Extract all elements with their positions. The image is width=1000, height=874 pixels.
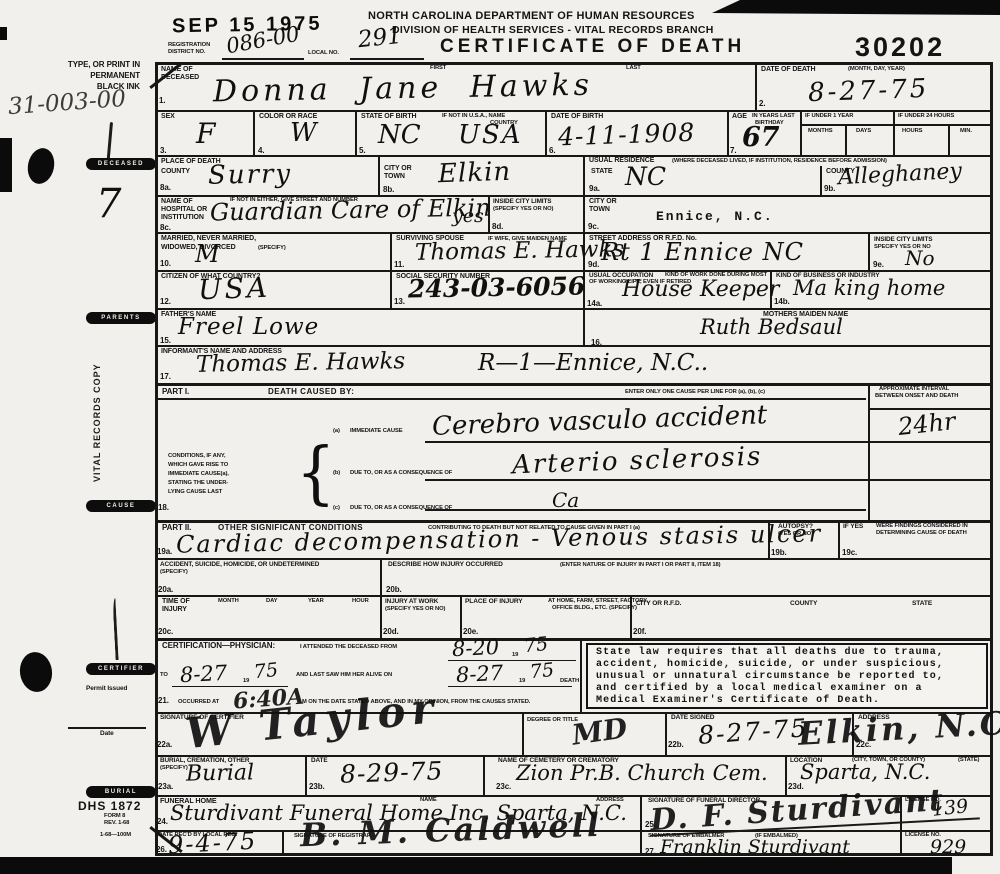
- grid-line: [893, 110, 895, 155]
- field-num-19a: 19a.: [157, 547, 172, 556]
- certification-title: CERTIFICATION—PHYSICIAN:: [162, 641, 275, 650]
- field-num-3: 3.: [160, 146, 166, 155]
- department-line1: NORTH CAROLINA DEPARTMENT OF HUMAN RESOU…: [368, 10, 695, 23]
- date-signed-value: 8-27-75: [697, 715, 809, 748]
- part1-caused-by-label: DEATH CAUSED BY:: [268, 387, 354, 396]
- time-of-injury-label2: INJURY: [162, 606, 187, 614]
- burial-sub: (SPECIFY): [160, 765, 188, 772]
- injury-at-work-label: INJURY AT WORK: [385, 598, 438, 605]
- field-num-20c: 20c.: [158, 627, 173, 636]
- conditions-line5: LYING CAUSE LAST: [168, 489, 222, 496]
- inside-city-limits-8d-value: yes: [452, 207, 484, 226]
- field-num-8c: 8c.: [160, 223, 171, 232]
- state-law-line5: Medical Examiner's Certificate of Death.: [596, 696, 880, 706]
- fathers-name-value: Freel Lowe: [178, 316, 319, 339]
- date-line: [68, 727, 146, 729]
- conditions-line1: CONDITIONS, IF ANY,: [168, 453, 225, 460]
- date-of-death-label: DATE OF DEATH: [761, 66, 815, 74]
- local-no-value: 291: [357, 25, 403, 52]
- grid-line: [155, 595, 993, 597]
- field-num-11: 11.: [394, 260, 404, 269]
- permit-issued-label: Permit Issued: [86, 685, 127, 692]
- injury-desc-sub: (ENTER NATURE OF INJURY IN PART I OR PAR…: [560, 562, 720, 569]
- state-law-line2: accident, homicide, suicide, or under su…: [596, 660, 944, 670]
- date-of-birth-value: 4-11-1908: [558, 120, 696, 150]
- grid-line: [305, 755, 307, 795]
- institution-value: Guardian Care of Elkin: [210, 196, 491, 225]
- inside-city-limits-8d-label: INSIDE CITY LIMITS: [493, 198, 551, 205]
- autopsy-label: AUTOPSY?: [778, 523, 813, 531]
- cert-death-label: DEATH: [560, 678, 579, 685]
- grid-line: [155, 638, 993, 641]
- field-num-15: 15.: [160, 336, 171, 345]
- name-of-deceased-label: NAME OF: [161, 66, 193, 74]
- field-num-22a: 22a.: [157, 740, 172, 749]
- grid-line: [378, 155, 380, 195]
- marital-value: M: [195, 242, 220, 266]
- inside-city-limits-9e-value: No: [905, 248, 935, 268]
- grid-line: [522, 712, 524, 755]
- burial-date-value: 8-29-75: [340, 758, 444, 787]
- residence-county-value: Alleghaney: [838, 161, 963, 189]
- age-label: AGE: [732, 113, 747, 121]
- scan-mark-left-square: [0, 27, 7, 40]
- accident-label: ACCIDENT, SUICIDE, HOMICIDE, OR UNDETERM…: [160, 561, 319, 568]
- time-of-injury-label: TIME OF: [162, 598, 190, 606]
- grid-line: [460, 595, 462, 638]
- cert-to-year: 75: [253, 661, 279, 682]
- year-label: YEAR: [308, 598, 324, 605]
- interval-label2: BETWEEN ONSET AND DEATH: [875, 393, 958, 400]
- informant-name-value: Thomas E. Hawks: [196, 350, 406, 377]
- field-num-22b: 22b.: [668, 740, 684, 749]
- field-num-8d: 8d.: [492, 222, 503, 231]
- institution-label2: HOSPITAL OR: [161, 206, 207, 214]
- handwritten-seven: 7: [96, 184, 121, 224]
- autopsy-sub: (YES OR NO): [778, 531, 813, 538]
- cert-alive-year: 75: [529, 661, 555, 682]
- grid-line: [545, 110, 547, 155]
- grid-line: [282, 830, 284, 856]
- certification-attended: I ATTENDED THE DECEASED FROM: [300, 644, 397, 651]
- grid-line: [800, 124, 992, 126]
- grid-line: [253, 110, 255, 155]
- state-of-birth-value: NC: [378, 122, 421, 148]
- grid-line: [868, 383, 870, 520]
- cemetery-value: Zion Pr.B. Church Cem.: [516, 763, 768, 784]
- grid-line: [155, 345, 993, 347]
- certificate-number: 30202: [855, 32, 945, 63]
- death-certificate-scan: SEP 15 1975 NORTH CAROLINA DEPARTMENT OF…: [0, 0, 1000, 874]
- field-num-8b: 8b.: [383, 185, 394, 194]
- grid-line: [380, 558, 382, 638]
- industry-value: Ma king home: [793, 278, 945, 299]
- date-label-margin: Date: [100, 730, 114, 737]
- city-or-town-label2: TOWN: [384, 173, 405, 181]
- hole-punch-bottom: [17, 650, 54, 694]
- injury-state-label: STATE: [912, 600, 932, 608]
- ink-instruction-line2: PERMANENT: [40, 71, 140, 80]
- form-sub3: 1-68—100M: [100, 832, 131, 839]
- findings-label: IF YES: [843, 523, 863, 531]
- conditions-line4: STATING THE UNDER-: [168, 480, 228, 487]
- hole-punch-top: [25, 146, 58, 187]
- grid-line: [665, 712, 667, 755]
- field-num-4: 4.: [258, 146, 264, 155]
- state-law-line3: unusual or unnatural circumstance be rep…: [596, 672, 944, 682]
- citizen-value: USA: [198, 274, 271, 304]
- field-num-8a: 8a.: [160, 183, 171, 192]
- cert-to-yr: 19: [243, 678, 249, 685]
- field-num-1: 1.: [159, 96, 165, 105]
- field-num-14b: 14b.: [774, 297, 790, 306]
- form-border-left: [155, 62, 158, 856]
- cert-to-label: TO: [160, 672, 168, 679]
- cert-alive-value: 8-27: [455, 663, 503, 686]
- field-num-9c: 9c.: [588, 222, 599, 231]
- grid-line: [838, 520, 840, 558]
- name-of-deceased-label2: DECEASED: [161, 74, 199, 82]
- date-received-value: 9-4-75: [167, 829, 257, 858]
- scan-mark-top-right: [712, 0, 1000, 18]
- injury-desc-label: DESCRIBE HOW INJURY OCCURRED: [388, 561, 503, 569]
- certificate-title: CERTIFICATE OF DEATH: [440, 36, 745, 58]
- state-of-birth-value2: USA: [458, 122, 523, 148]
- conditions-line2: WHICH GAVE RISE TO: [168, 462, 228, 469]
- findings-sub2: DETERMINING CAUSE OF DEATH: [876, 530, 967, 537]
- grid-line: [355, 110, 357, 155]
- month-label: MONTH: [218, 598, 239, 605]
- race-value: W: [290, 120, 317, 146]
- state-law-line4: and certified by a local medical examine…: [596, 684, 923, 694]
- cause-b-label: (b): [333, 470, 340, 477]
- ink-instruction-line1: TYPE, OR PRINT IN: [40, 60, 140, 69]
- field-num-24: 24.: [157, 817, 168, 826]
- field-num-6: 6.: [549, 146, 555, 155]
- hours-label: HOURS: [902, 128, 922, 135]
- mothers-maiden-name-value: Ruth Bedsaul: [700, 317, 843, 338]
- margin-tab-deceased: DECEASED: [86, 158, 156, 170]
- local-no-underline: [350, 58, 424, 60]
- institution-label3: INSTITUTION: [161, 214, 204, 222]
- residence-city-label: CITY OR: [589, 198, 617, 206]
- place-of-injury-sub2: OFFICE BLDG., ETC. (SPECIFY): [552, 605, 637, 612]
- sex-value: F: [196, 120, 215, 148]
- registration-district-label2: DISTRICT NO.: [168, 49, 205, 56]
- cert-last-saw: AND LAST SAW HIM HER ALIVE ON: [296, 672, 392, 679]
- certifier-signature: W Taylor: [184, 687, 442, 755]
- due-to-c-value: Ca: [552, 490, 579, 510]
- age-value: 67: [742, 124, 780, 151]
- margin-tab-parents: PARENTS: [86, 312, 156, 324]
- form-sub1: FORM 8: [104, 813, 125, 820]
- grid-line: [868, 232, 870, 270]
- field-num-2: 2.: [759, 99, 765, 108]
- field-num-19b: 19b.: [771, 548, 787, 557]
- grid-line: [448, 686, 572, 687]
- margin-tab-cause: CAUSE: [86, 500, 156, 512]
- location-value: Sparta, N.C.: [800, 762, 930, 783]
- margin-tab-certifier: CERTIFIER: [86, 663, 156, 675]
- hour-label: HOUR: [352, 598, 369, 605]
- findings-sub: WERE FINDINGS CONSIDERED IN: [876, 523, 968, 530]
- injury-city-label: CITY OR R.F.D.: [636, 600, 681, 608]
- burial-date-label: DATE: [311, 757, 328, 764]
- grid-line: [155, 110, 993, 112]
- interval-value: 24hr: [897, 409, 957, 439]
- conditions-brace: {: [296, 439, 335, 507]
- scan-mark-bottom-bar: [0, 857, 952, 874]
- field-num-20e: 20e.: [463, 627, 478, 636]
- form-border-top: [155, 62, 993, 65]
- due-to-b-value: Arterio sclerosis: [512, 444, 763, 479]
- accident-sub: (SPECIFY): [160, 569, 188, 576]
- field-num-27: 27.: [645, 847, 656, 856]
- field-num-9e: 9e.: [873, 260, 884, 269]
- grid-line: [155, 308, 993, 310]
- residence-city-value: Ennice, N.C.: [656, 210, 774, 223]
- grid-line: [580, 638, 582, 712]
- field-num-9d: 9d.: [588, 260, 599, 269]
- marital-sub: (SPECIFY): [258, 245, 286, 252]
- cert-to-value: 8-27: [179, 663, 227, 686]
- field-num-18: 18.: [158, 503, 169, 512]
- department-line2: DIVISION OF HEALTH SERVICES - VITAL RECO…: [392, 24, 714, 36]
- field-num-9a: 9a.: [589, 184, 600, 193]
- under-1-year-label: IF UNDER 1 YEAR: [805, 113, 853, 120]
- state-law-line1: State law requires that all deaths due t…: [596, 648, 944, 658]
- under-24-hours-label: IF UNDER 24 HOURS: [898, 113, 954, 120]
- field-num-19c: 19c.: [842, 548, 857, 557]
- grid-line: [820, 166, 822, 195]
- embalmer-license-value: 929: [930, 838, 966, 857]
- immediate-cause-label: IMMEDIATE CAUSE: [350, 428, 403, 435]
- grid-line: [448, 660, 576, 661]
- interval-label: APPROXIMATE INTERVAL: [879, 386, 949, 393]
- field-num-20b: 20b.: [386, 585, 402, 594]
- field-num-23a: 23a.: [158, 782, 173, 791]
- registration-district-label: REGISTRATION: [168, 42, 210, 49]
- grid-line: [640, 795, 642, 856]
- conditions-line3: IMMEDIATE CAUSE(a),: [168, 471, 229, 478]
- grid-line: [425, 441, 990, 443]
- cert-occurred-label: OCCURRED AT: [178, 699, 219, 706]
- certifier-address-value: Elkin, N.C.: [797, 706, 1000, 750]
- grid-line: [845, 124, 847, 155]
- field-num-20d: 20d.: [383, 627, 399, 636]
- form-sub2: REV. 1-68: [104, 820, 129, 827]
- grid-line: [155, 155, 993, 157]
- degree-value: MD: [570, 714, 629, 749]
- field-num-12: 12.: [160, 297, 171, 306]
- grid-line: [948, 124, 950, 155]
- form-code: DHS 1872: [78, 800, 141, 814]
- field-num-21: 21.: [158, 696, 169, 705]
- cause-c-label: (c): [333, 505, 340, 512]
- injury-county-label: COUNTY: [790, 600, 817, 608]
- scan-mark-left-bar: [0, 138, 12, 192]
- residence-state-label: STATE: [591, 168, 612, 176]
- grid-line: [390, 232, 392, 308]
- institution-label: NAME OF: [161, 198, 193, 206]
- field-num-5: 5.: [359, 146, 365, 155]
- grid-line: [727, 110, 729, 155]
- inside-city-limits-9e-label: INSIDE CITY LIMITS: [874, 236, 932, 243]
- deceased-name-value: Donna Jane Hawks: [213, 71, 593, 108]
- city-value: Elkin: [438, 159, 512, 188]
- days-label: DAYS: [856, 128, 871, 135]
- margin-tab-burial: BURIAL: [86, 786, 156, 798]
- field-num-14a: 14a.: [587, 299, 602, 308]
- location-sub2: (STATE): [958, 757, 979, 764]
- date-of-death-sub: (MONTH, DAY, YEAR): [848, 66, 905, 73]
- field-num-23c: 23c.: [496, 782, 511, 791]
- date-of-birth-label: DATE OF BIRTH: [551, 113, 603, 121]
- grid-line: [425, 479, 990, 481]
- cert-from-yr: 19: [512, 652, 518, 659]
- local-no-label: LOCAL NO.: [308, 50, 339, 57]
- grid-line: [800, 110, 802, 155]
- ssn-value: 243-03-6056: [408, 273, 586, 301]
- occupation-value: House Keeper: [622, 279, 779, 301]
- months-label: MONTHS: [808, 128, 833, 135]
- grid-line: [785, 755, 787, 795]
- city-or-town-label: CITY OR: [384, 165, 412, 173]
- immediate-cause-value: Cerebro vasculo accident: [432, 402, 768, 440]
- cert-alive-yr: 19: [519, 678, 525, 685]
- field-num-9b: 9b.: [824, 184, 835, 193]
- part1-note: ENTER ONLY ONE CAUSE PER LINE FOR (a), (…: [625, 389, 765, 396]
- field-num-16: 16.: [591, 338, 602, 347]
- min-label: MIN.: [960, 128, 972, 135]
- vital-records-copy-label: VITAL RECORDS COPY: [92, 352, 102, 482]
- cert-from-year: 75: [523, 635, 549, 656]
- handwritten-stroke-certifier: [112, 598, 122, 660]
- field-num-10: 10.: [160, 259, 171, 268]
- field-num-20a: 20a.: [158, 585, 173, 594]
- registration-underline: [222, 58, 304, 60]
- form-border-bottom: [155, 853, 993, 856]
- field-num-17: 17.: [160, 372, 171, 381]
- part1-label: PART I.: [162, 387, 189, 396]
- due-to-b-label: DUE TO, OR AS A CONSEQUENCE OF: [350, 470, 452, 477]
- grid-line: [483, 755, 485, 795]
- street-address-value: Rt 1 Ennice NC: [601, 240, 804, 264]
- grid-line: [155, 558, 993, 560]
- injury-at-work-sub: (SPECIFY YES OR NO): [385, 606, 445, 613]
- place-of-injury-sub: AT HOME, FARM, STREET, FACTORY,: [548, 598, 648, 605]
- state-of-birth-sub: IF NOT IN U.S.A., NAME: [442, 113, 505, 120]
- sex-label: SEX: [161, 113, 175, 121]
- age-sub: IN YEARS LAST: [752, 113, 795, 120]
- place-of-injury-label: PLACE OF INJURY: [465, 598, 523, 606]
- county-label: COUNTY: [161, 168, 190, 176]
- inside-city-limits-8d-sub: (SPECIFY YES OR NO): [493, 206, 553, 213]
- date-of-death-value: 8-27-75: [808, 76, 930, 106]
- registrar-signature: B. M. Caldwell: [300, 809, 603, 852]
- cert-from-value: 8-20: [451, 637, 499, 660]
- grid-line: [425, 509, 866, 511]
- grid-line: [158, 398, 866, 400]
- county-value: Surry: [208, 161, 293, 188]
- field-num-23b: 23b.: [309, 782, 325, 791]
- embalmer-signature-value: Franklin Sturdivant: [660, 838, 850, 857]
- day-label: DAY: [266, 598, 277, 605]
- field-num-26: 26.: [156, 845, 167, 854]
- field-num-13: 13.: [394, 297, 405, 306]
- burial-value: Burial: [186, 762, 254, 785]
- residence-city-label2: TOWN: [589, 206, 610, 214]
- field-num-7: 7.: [730, 146, 736, 155]
- last-label: LAST: [626, 65, 641, 72]
- informant-address-value: R—1—Ennice, N.C..: [478, 352, 708, 375]
- field-num-20f: 20f.: [633, 627, 646, 636]
- admin-code-handwritten: 31-003-00: [7, 88, 126, 119]
- residence-state-value: NC: [625, 164, 666, 189]
- grid-line: [755, 62, 757, 110]
